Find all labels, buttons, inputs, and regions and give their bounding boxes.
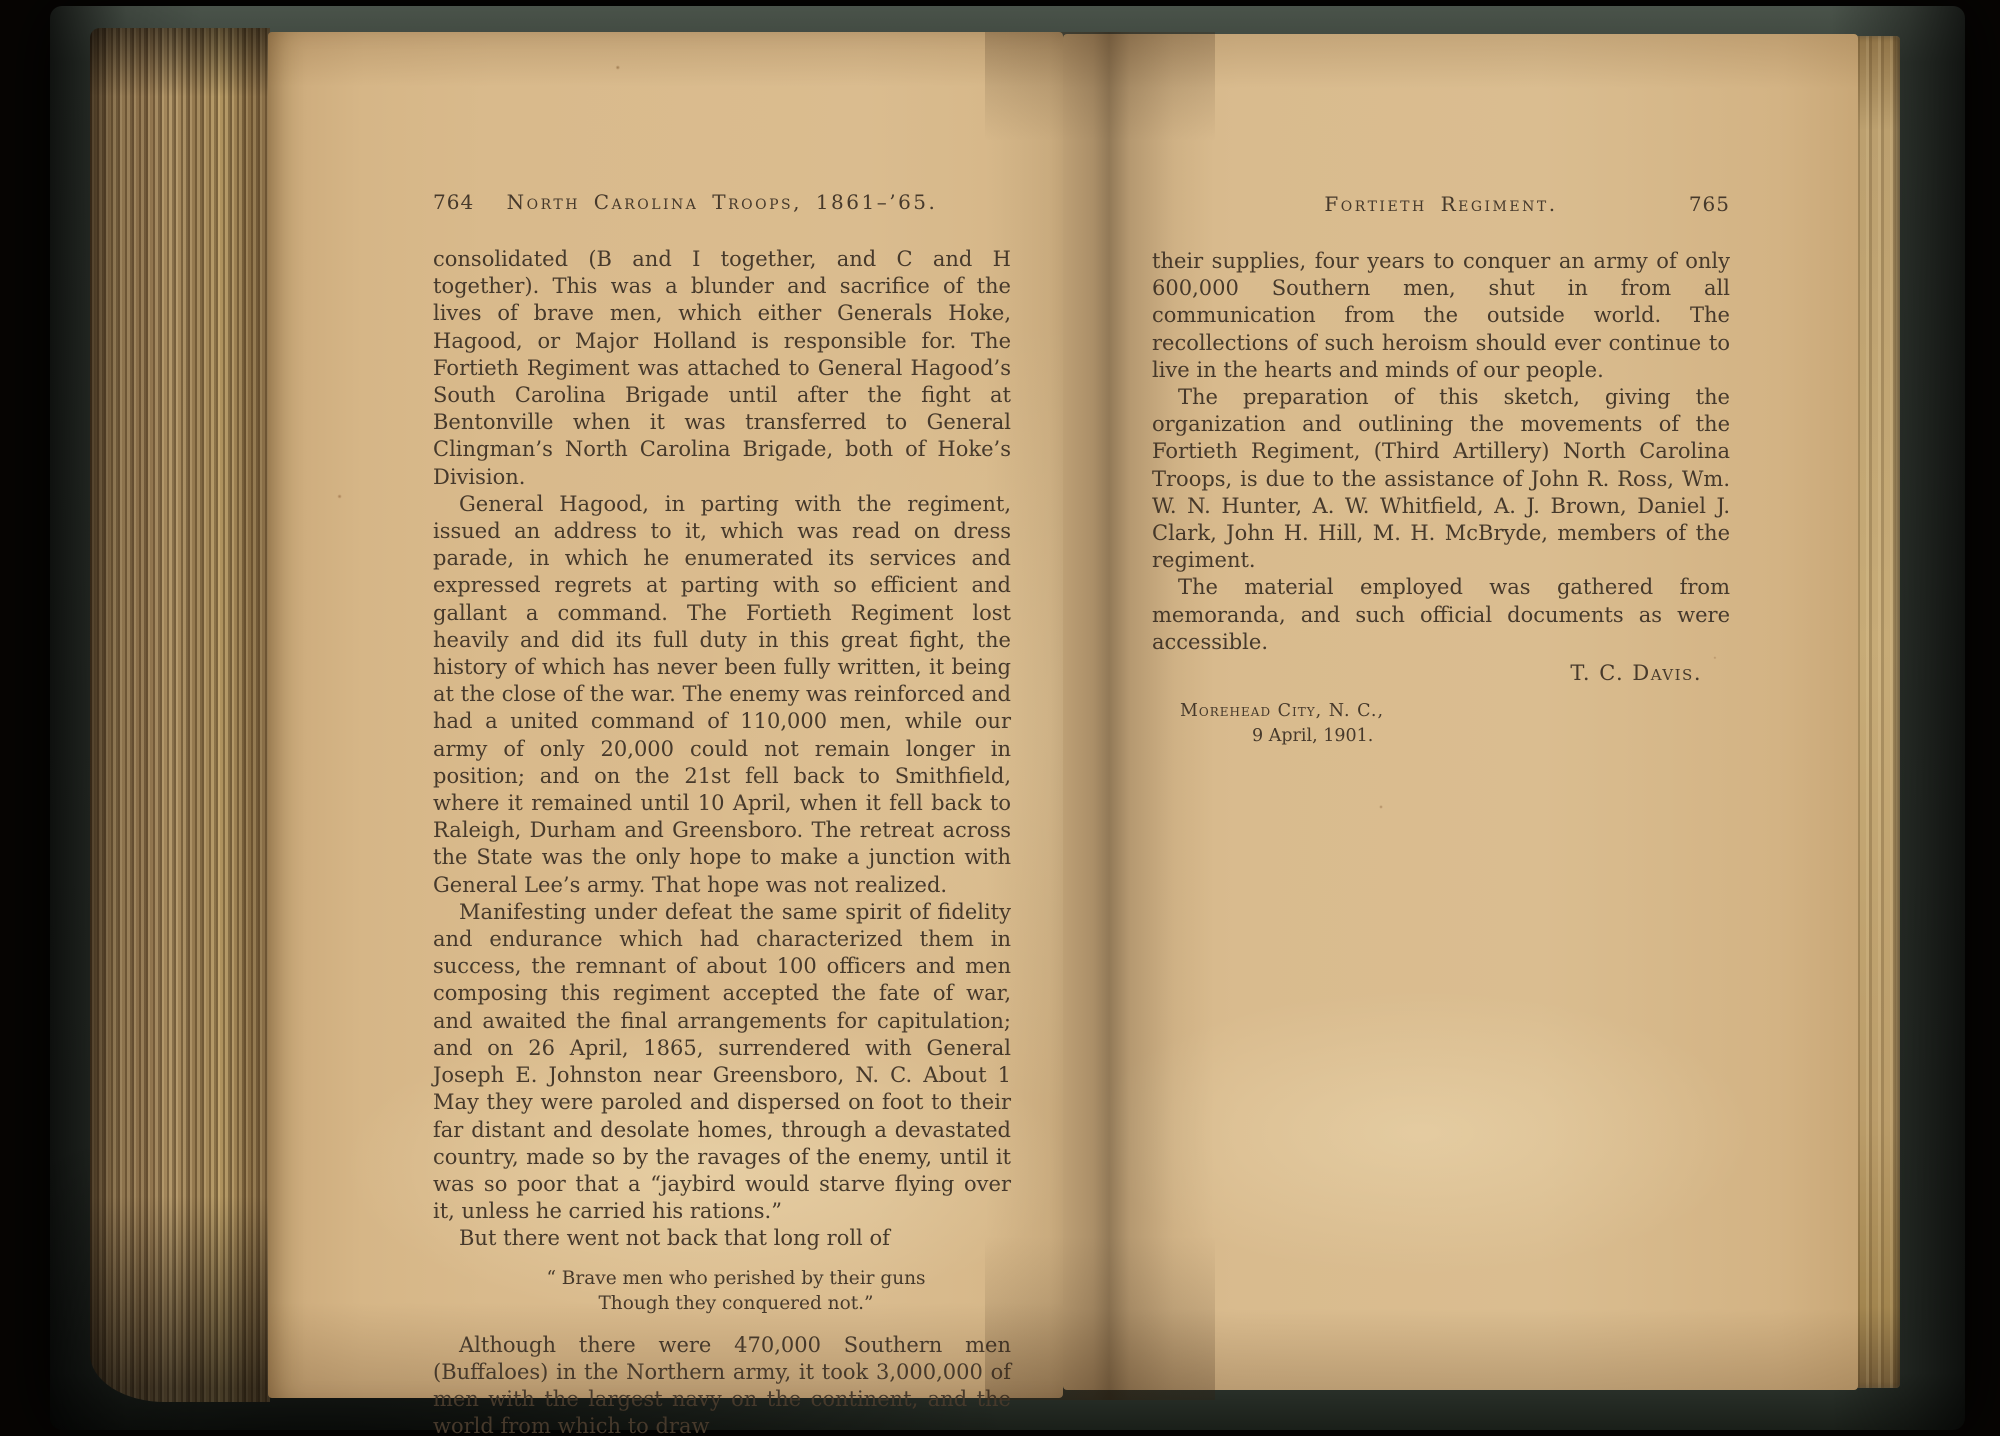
- right-page-paragraphs: their supplies, four years to conquer an…: [1152, 248, 1730, 656]
- verse-quote: “ Brave men who perished by their gunsTh…: [461, 1266, 1011, 1316]
- paragraph: their supplies, four years to conquer an…: [1152, 248, 1730, 384]
- author-signature: T. C. Davis.: [1152, 660, 1730, 687]
- left-page-paragraphs: consolidated (B and I together, and C an…: [433, 246, 1011, 1253]
- right-running-title: Fortieth Regiment.: [1152, 192, 1730, 216]
- quote-line: Though they conquered not.”: [461, 1291, 1011, 1316]
- book-cover: 764 North Carolina Troops, 1861–’65. con…: [50, 6, 1965, 1430]
- paragraph: The material employed was gathered from …: [1152, 574, 1730, 656]
- paragraph: consolidated (B and I together, and C an…: [433, 246, 1011, 491]
- paragraph: Manifesting under defeat the same spirit…: [433, 899, 1011, 1225]
- left-page-header: 764 North Carolina Troops, 1861–’65.: [433, 190, 1011, 214]
- paragraph: But there went not back that long roll o…: [433, 1225, 1011, 1252]
- dateline: Morehead City, N. C., 9 April, 1901.: [1152, 699, 1730, 749]
- left-page-number: 764: [433, 190, 474, 214]
- right-page-body: their supplies, four years to conquer an…: [1152, 248, 1730, 749]
- right-page-number: 765: [1689, 192, 1730, 216]
- left-page-body: consolidated (B and I together, and C an…: [433, 246, 1011, 1436]
- right-page: Fortieth Regiment. 765 their supplies, f…: [1063, 34, 1858, 1390]
- left-page: 764 North Carolina Troops, 1861–’65. con…: [268, 32, 1063, 1398]
- paragraph: Although there were 470,000 Southern men…: [433, 1332, 1011, 1436]
- right-page-header: Fortieth Regiment. 765: [1152, 192, 1730, 216]
- paragraph: The preparation of this sketch, giving t…: [1152, 384, 1730, 574]
- left-page-paragraphs-after-quote: Although there were 470,000 Southern men…: [433, 1332, 1011, 1436]
- fanned-page-edges-left: [90, 28, 270, 1402]
- book-photo: 764 North Carolina Troops, 1861–’65. con…: [0, 0, 2000, 1436]
- dateline-place: Morehead City, N. C.,: [1180, 699, 1730, 724]
- left-running-title: North Carolina Troops, 1861–’65.: [433, 190, 1011, 214]
- quote-line: “ Brave men who perished by their guns: [461, 1266, 1011, 1291]
- dateline-date: 9 April, 1901.: [1252, 724, 1730, 749]
- paragraph: General Hagood, in parting with the regi…: [433, 491, 1011, 899]
